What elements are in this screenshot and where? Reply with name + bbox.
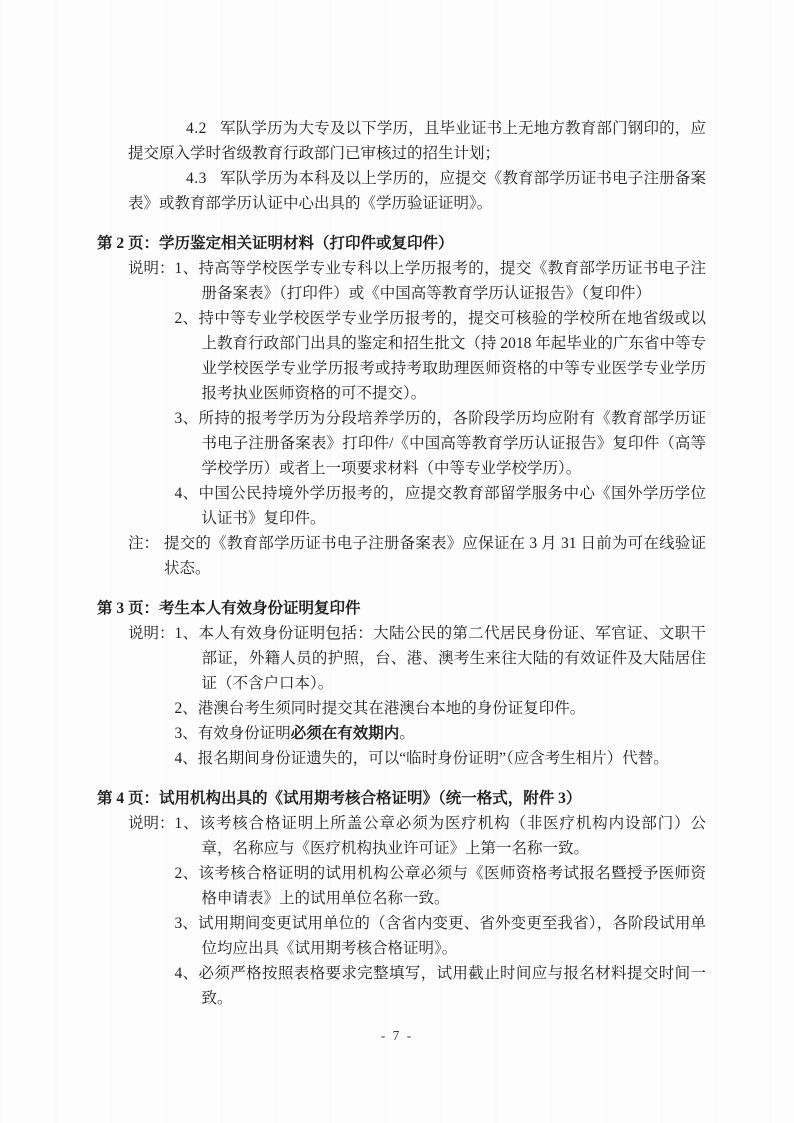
item-number: 1、 — [175, 625, 199, 642]
list-item: 3、所持的报考学历为分段培养学历的，各阶段学历均应附有《教育部学历证书电子注册备… — [175, 406, 706, 481]
section-body-page2: 说明： 1、持高等学校医学专业专科以上学历报考的，提交《教育部学历证书电子注册备… — [128, 256, 706, 581]
item-list: 1、持高等学校医学专业专科以上学历报考的，提交《教育部学历证书电子注册备案表》（… — [175, 256, 706, 531]
page-number: - 7 - — [0, 1026, 794, 1046]
list-item: 2、该考核合格证明的试用机构公章必须与《医师资格考试报名暨授予医师资格申请表》上… — [175, 861, 706, 911]
paragraph-4-2: 4.2军队学历为大专及以下学历，且毕业证书上无地方教育部门钢印的，应提交原入学时… — [128, 116, 706, 166]
item-number: 3、 — [175, 915, 199, 932]
list-item: 1、该考核合格证明上所盖公章必须为医疗机构（非医疗机构内设部门）公章，名称应与《… — [175, 811, 706, 861]
item-number: 4、 — [175, 965, 199, 982]
note-text: 提交的《教育部学历证书电子注册备案表》应保证在 3 月 31 日前为可在线验证状… — [164, 531, 706, 581]
section-heading-page4: 第 4 页：试用机构出具的《试用期考核合格证明》（统一格式，附件 3） — [97, 786, 722, 811]
item-number: 4.2 — [186, 120, 207, 137]
item-list: 1、该考核合格证明上所盖公章必须为医疗机构（非医疗机构内设部门）公章，名称应与《… — [175, 811, 706, 1011]
item-number: 3、 — [175, 410, 199, 427]
item-number: 4、 — [175, 750, 198, 767]
intro-block: 4.2军队学历为大专及以下学历，且毕业证书上无地方教育部门钢印的，应提交原入学时… — [128, 0, 706, 216]
item-number: 2、 — [175, 865, 199, 882]
section-heading-page2: 第 2 页：学历鉴定相关证明材料（打印件或复印件） — [97, 231, 722, 256]
item-text: 中国公民持境外学历报考的，应提交教育部留学服务中心《国外学历学位认证书》复印件。 — [199, 485, 706, 527]
list-item: 1、本人有效身份证明包括：大陆公民的第二代居民身份证、军官证、文职干部证，外籍人… — [175, 621, 706, 696]
list-item: 3、试用期间变更试用单位的（含省内变更、省外变更至我省），各阶段试用单位均应出具… — [175, 911, 706, 961]
item-text: 有效身份证明 — [198, 725, 291, 742]
note-label: 注： — [128, 531, 164, 556]
shuoming-label: 说明： — [128, 621, 175, 646]
shuoming-row: 说明： 1、本人有效身份证明包括：大陆公民的第二代居民身份证、军官证、文职干部证… — [128, 621, 706, 771]
list-item: 4、中国公民持境外学历报考的，应提交教育部留学服务中心《国外学历学位认证书》复印… — [175, 481, 706, 531]
shuoming-row: 说明： 1、持高等学校医学专业专科以上学历报考的，提交《教育部学历证书电子注册备… — [128, 256, 706, 531]
note-row: 注： 提交的《教育部学历证书电子注册备案表》应保证在 3 月 31 日前为可在线… — [128, 531, 706, 581]
item-number: 4、 — [175, 485, 199, 502]
section-body-page4: 说明： 1、该考核合格证明上所盖公章必须为医疗机构（非医疗机构内设部门）公章，名… — [128, 811, 706, 1011]
item-text: 。 — [399, 725, 415, 742]
item-text: 必须严格按照表格要求完整填写，试用截止时间应与报名材料提交时间一致。 — [199, 965, 706, 1007]
list-item: 1、持高等学校医学专业专科以上学历报考的，提交《教育部学历证书电子注册备案表》（… — [175, 256, 706, 306]
section-heading-page3: 第 3 页：考生本人有效身份证明复印件 — [97, 596, 722, 621]
list-item: 4、必须严格按照表格要求完整填写，试用截止时间应与报名材料提交时间一致。 — [175, 961, 706, 1011]
list-item: 2、持中等专业学校医学专业学历报考的，提交可核验的学校所在地省级或以上教育行政部… — [175, 306, 706, 406]
shuoming-row: 说明： 1、该考核合格证明上所盖公章必须为医疗机构（非医疗机构内设部门）公章，名… — [128, 811, 706, 1011]
shuoming-label: 说明： — [128, 811, 175, 836]
list-item: 3、有效身份证明必须在有效期内。 — [175, 721, 706, 746]
item-text: 该考核合格证明上所盖公章必须为医疗机构（非医疗机构内设部门）公章，名称应与《医疗… — [200, 815, 706, 857]
item-text-bold: 必须在有效期内 — [291, 725, 400, 742]
section-body-page3: 说明： 1、本人有效身份证明包括：大陆公民的第二代居民身份证、军官证、文职干部证… — [128, 621, 706, 771]
item-number: 3、 — [175, 725, 198, 742]
item-text: 试用期间变更试用单位的（含省内变更、省外变更至我省），各阶段试用单位均应出具《试… — [198, 915, 706, 957]
item-text: 持高等学校医学专业专科以上学历报考的，提交《教育部学历证书电子注册备案表》（打印… — [199, 260, 706, 302]
note-content: 提交的《教育部学历证书电子注册备案表》应保证在 3 月 31 日前为可在线验证状… — [164, 531, 706, 581]
item-text: 军队学历为大专及以下学历，且毕业证书上无地方教育部门钢印的，应提交原入学时省级教… — [128, 120, 706, 162]
item-text: 港澳台考生须同时提交其在港澳台本地的身份证复印件。 — [198, 700, 586, 717]
list-item: 2、港澳台考生须同时提交其在港澳台本地的身份证复印件。 — [175, 696, 706, 721]
item-text: 持中等专业学校医学专业学历报考的，提交可核验的学校所在地省级或以上教育行政部门出… — [199, 310, 706, 402]
shuoming-label: 说明： — [128, 256, 175, 281]
item-number: 1、 — [175, 260, 199, 277]
item-text: 该考核合格证明的试用机构公章必须与《医师资格考试报名暨授予医师资格申请表》上的试… — [199, 865, 706, 907]
item-number: 2、 — [175, 700, 198, 717]
item-text: 军队学历为本科及以上学历的，应提交《教育部学历证书电子注册备案表》或教育部学历认… — [128, 170, 706, 212]
list-item: 4、报名期间身份证遗失的，可以“临时身份证明”（应含考生相片）代替。 — [175, 746, 706, 771]
item-list: 1、本人有效身份证明包括：大陆公民的第二代居民身份证、军官证、文职干部证，外籍人… — [175, 621, 706, 771]
item-text: 本人有效身份证明包括：大陆公民的第二代居民身份证、军官证、文职干部证，外籍人员的… — [199, 625, 706, 692]
item-number: 1、 — [175, 815, 200, 832]
paragraph-4-3: 4.3军队学历为本科及以上学历的，应提交《教育部学历证书电子注册备案表》或教育部… — [128, 166, 706, 216]
item-number: 4.3 — [186, 170, 207, 187]
item-number: 2、 — [175, 310, 199, 327]
item-text: 所持的报考学历为分段培养学历的，各阶段学历均应附有《教育部学历证书电子注册备案表… — [199, 410, 706, 477]
item-text: 报名期间身份证遗失的，可以“临时身份证明”（应含考生相片）代替。 — [198, 750, 669, 767]
document-page: 4.2军队学历为大专及以下学历，且毕业证书上无地方教育部门钢印的，应提交原入学时… — [0, 0, 794, 1123]
